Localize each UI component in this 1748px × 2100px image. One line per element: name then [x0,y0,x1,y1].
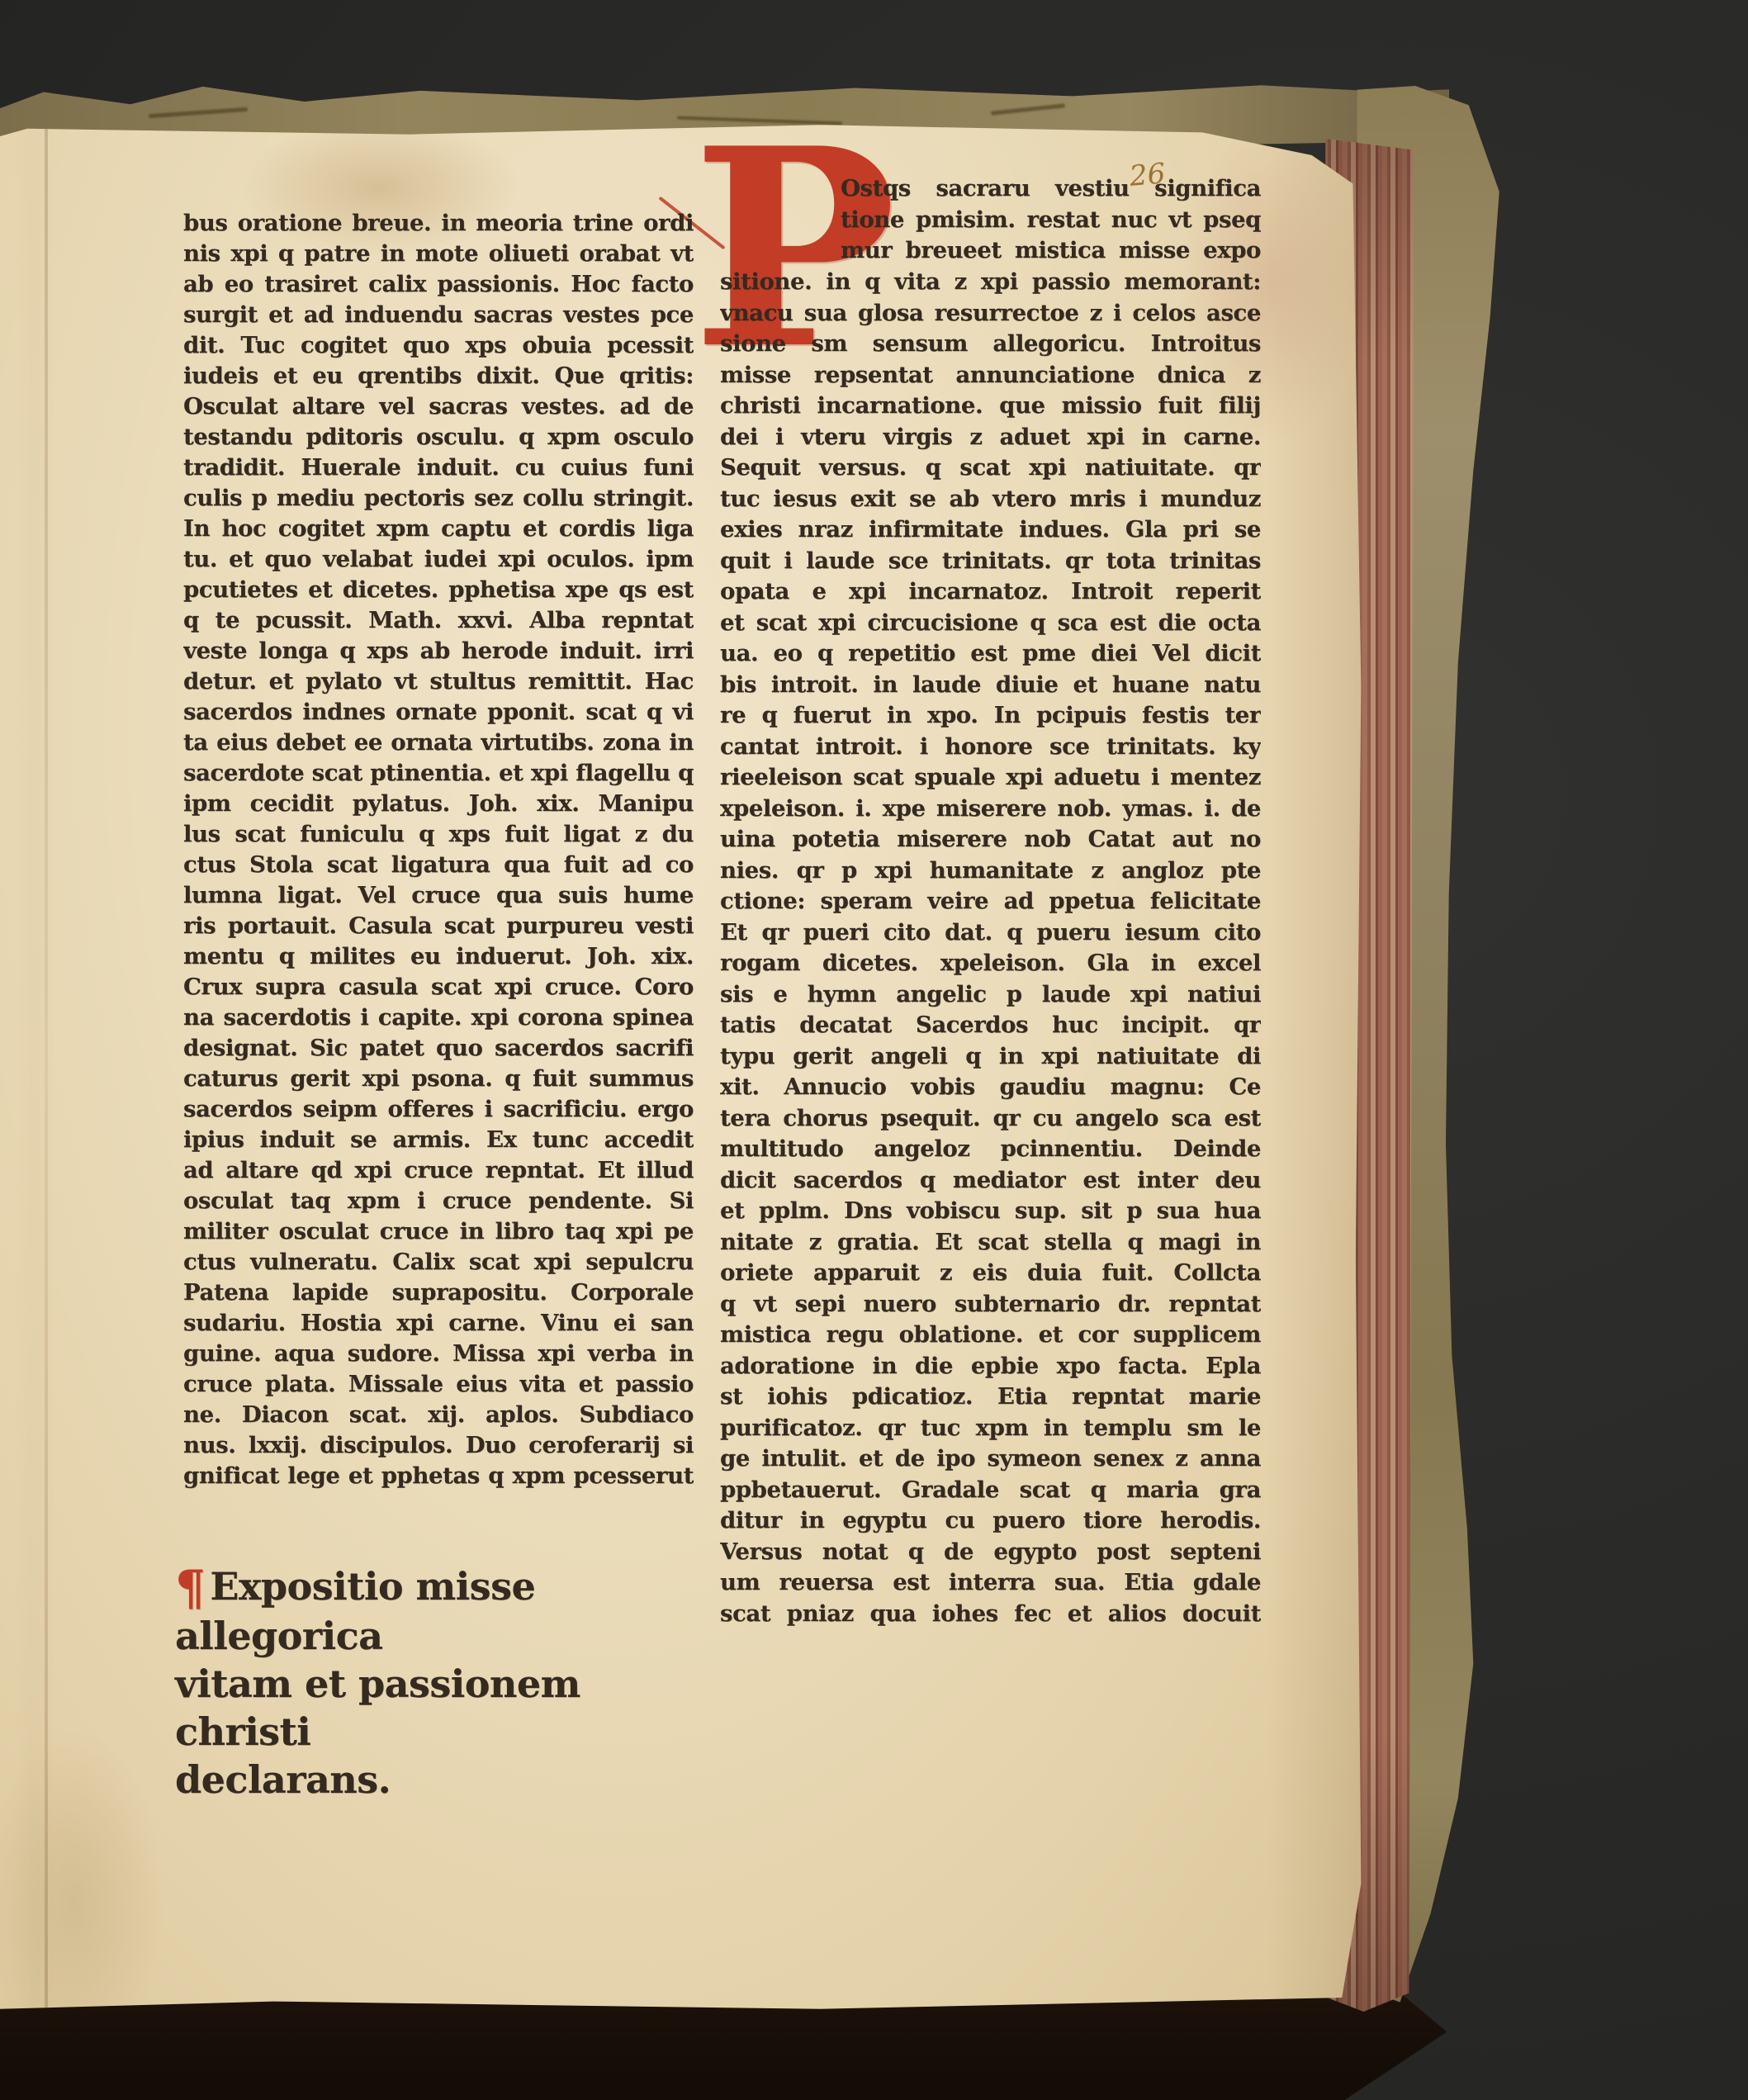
text-line: sis e hymn angelic p laude xpi natiui [720,979,1261,1011]
text-line: quit i laude sce trinitats. qr tota trin… [720,546,1261,577]
text-line: ta eius debet ee ornata virtutibs. zona … [183,728,694,758]
text-line: dicit sacerdos q mediator est inter deu [720,1165,1261,1197]
text-line: typu gerit angeli q in xpi natiuitate di [720,1041,1261,1073]
text-line: um reuersa est interra sua. Etia gdale [720,1567,1261,1599]
text-line: nis xpi q patre in mote oliueti orabat v… [183,239,694,269]
text-line: oriete apparuit z eis duia fuit. Collcta [720,1258,1261,1289]
text-line: nies. qr p xpi humanitate z angloz pte [720,856,1261,887]
text-line: nus. lxxij. discipulos. Duo ceroferarij … [183,1430,694,1461]
text-line: cantat introit. i honore sce trinitats. … [720,732,1261,763]
text-line: Sequit versus. q scat xpi natiuitate. qr [720,453,1261,484]
text-line: rieeleison scat spuale xpi aduetu i ment… [720,762,1261,794]
text-line: ctus vulneratu. Calix scat xpi sepulcru [183,1247,694,1278]
text-line: detur. et pylato vt stultus remittit. Ha… [183,666,694,697]
text-line: sudariu. Hostia xpi carne. Vinu ei san [183,1308,694,1339]
text-line: xpeleison. i. xpe miserere nob. ymas. i.… [720,794,1261,825]
text-line: tu. et quo velabat iudei xpi oculos. ipm [183,544,694,575]
text-line: sitione. in q vita z xpi passio memorant… [720,267,1261,298]
text-line: mentu q milites eu induerut. Joh. xix. [183,941,694,972]
right-text-column: sitione. in q vita z xpi passio memorant… [720,267,1261,1629]
text-line: ipius induit se armis. Ex tunc accedit [183,1125,694,1155]
text-line: nitate z gratia. Et scat stella q magi i… [720,1227,1261,1259]
text-line: pcutietes et dicetes. pphetisa xpe qs es… [183,575,694,605]
text-line: dei i vteru virgis z aduet xpi in carne. [720,422,1261,453]
text-line: tatis decatat Sacerdos huc incipit. qr [720,1010,1261,1041]
text-line: Osculat altare vel sacras vestes. ad de [183,391,694,422]
text-line: vnacu sua glosa resurrectoe z i celos as… [720,298,1261,329]
text-line: re q fuerut in xpo. In pcipuis festis te… [720,700,1261,732]
text-line: tera chorus psequit. qr cu angelo sca es… [720,1103,1261,1135]
text-line: ge intulit. et de ipo symeon senex z ann… [720,1443,1261,1475]
text-line: testandu pditoris osculu. q xpm osculo [183,422,694,453]
section-heading-line-2: vitam et passionem christi [175,1660,720,1756]
text-line: culis p mediu pectoris sez collu stringi… [183,483,694,514]
section-heading-line-1: ¶Expositio misse allegorica [175,1562,720,1660]
text-line: ctione: speram veire ad ppetua felicitat… [720,886,1261,917]
text-line: gnificat lege et pphetas q xpm pcesserut [183,1461,694,1491]
text-line: ab eo trasiret calix passionis. Hoc fact… [183,269,694,300]
text-line: sacerdos indnes ornate pponit. scat q vi [183,697,694,728]
text-line: surgit et ad induendu sacras vestes pce [183,300,694,330]
text-line: designat. Sic patet quo sacerdos sacrifi [183,1033,694,1064]
text-line: Versus notat q de egypto post septeni [720,1537,1261,1568]
text-line: ad altare qd xpi cruce repntat. Et illud [183,1155,694,1186]
text-line: militer osculat cruce in libro taq xpi p… [183,1216,694,1247]
text-line: opata e xpi incarnatoz. Introit reperit [720,576,1261,608]
text-line: christi incarnatione. que missio fuit fi… [720,391,1261,422]
text-line: et pplm. Dns vobiscu sup. sit p sua hua [720,1196,1261,1227]
text-line: veste longa q xps ab herode induit. irri [183,636,694,666]
text-line: bus oratione breue. in meoria trine ordi [183,208,694,239]
text-line: ne. Diacon scat. xij. aplos. Subdiaco [183,1400,694,1430]
text-line: osculat taq xpm i cruce pendente. Si [183,1186,694,1216]
text-line: multitudo angeloz pcinnentiu. Deinde [720,1134,1261,1165]
right-text-column-indented-lines: Ostqs sacraru vestiu significatione pmis… [841,173,1261,267]
text-line: sacerdos seipm offeres i sacrificiu. erg… [183,1094,694,1125]
text-line: In hoc cogitet xpm captu et cordis liga [183,514,694,544]
text-line: mistica regu oblatione. et cor supplicem [720,1320,1261,1351]
text-line: ctus Stola scat ligatura qua fuit ad co [183,850,694,880]
text-line: cruce plata. Missale eius vita et passio [183,1369,694,1400]
text-line: mur breueet mistica misse expo [841,235,1261,267]
text-line: bis introit. in laude diuie et huane nat… [720,670,1261,701]
text-line: Ostqs sacraru vestiu significa [841,173,1261,205]
pilcrow-mark: ¶ [175,1560,205,1616]
text-line: lumna ligat. Vel cruce qua suis hume [183,880,694,911]
vellum-writing-mark [149,107,248,118]
text-line: q vt sepi nuero subternario dr. repntat [720,1289,1261,1320]
text-line: ris portauit. Casula scat purpureu vesti [183,911,694,941]
text-line: purificatoz. qr tuc xpm in templu sm le [720,1413,1261,1444]
text-line: ua. eo q repetitio est pme diei Vel dici… [720,638,1261,670]
text-line: ditur in egyptu cu puero tiore herodis. [720,1505,1261,1537]
text-line: ppbetauerut. Gradale scat q maria gra [720,1475,1261,1506]
text-line: na sacerdotis i capite. xpi corona spine… [183,1003,694,1033]
section-heading-line-3: declarans. [175,1756,720,1804]
text-line: scat pniaz qua iohes fec et alios docuit [720,1599,1261,1630]
section-heading-text: Expositio misse allegorica [175,1564,535,1658]
text-line: uina potetia miserere nob Catat aut no [720,824,1261,856]
text-line: tradidit. Huerale induit. cu cuius funi [183,453,694,483]
text-line: caturus gerit xpi psona. q fuit summus [183,1064,694,1094]
text-line: guine. aqua sudore. Missa xpi verba in [183,1339,694,1369]
text-line: lus scat funiculu q xps fuit ligat z du [183,819,694,850]
text-line: dit. Tuc cogitet quo xps obuia pcessit [183,330,694,361]
book-bottom-shadow [0,1995,1461,2100]
text-line: exies nraz infirmitate indues. Gla pri s… [720,514,1261,546]
text-line: sacerdote scat ptinentia. et xpi flagell… [183,758,694,789]
text-line: et scat xpi circucisione q sca est die o… [720,608,1261,639]
text-line: misse repsentat annunciatione dnica z [720,360,1261,391]
text-line: rogam dicetes. xpeleison. Gla in excel [720,948,1261,979]
text-line: ipm cecidit pylatus. Joh. xix. Manipu [183,789,694,819]
text-line: q te pcussit. Math. xxvi. Alba repntat [183,605,694,636]
text-line: st iohis pdicatioz. Etia repntat marie [720,1382,1261,1413]
text-line: adoratione in die epbie xpo facta. Epla [720,1351,1261,1382]
section-heading: ¶Expositio misse allegorica vitam et pas… [175,1562,720,1804]
vellum-writing-mark [991,103,1065,115]
text-line: iudeis et eu qrentibs dixit. Que qritis: [183,361,694,391]
text-line: Patena lapide suprapositu. Corporale [183,1278,694,1308]
text-line: sione sm sensum allegoricu. Introitus [720,329,1261,360]
left-text-column: bus oratione breue. in meoria trine ordi… [183,208,694,1491]
text-line: xit. Annucio vobis gaudiu magnu: Ce [720,1072,1261,1103]
text-line: Et qr pueri cito dat. q pueru iesum cito [720,917,1261,949]
text-line: tuc iesus exit se ab vtero mris i munduz [720,484,1261,515]
text-line: Crux supra casula scat xpi cruce. Coro [183,972,694,1003]
text-line: tione pmisim. restat nuc vt pseq [841,205,1261,236]
